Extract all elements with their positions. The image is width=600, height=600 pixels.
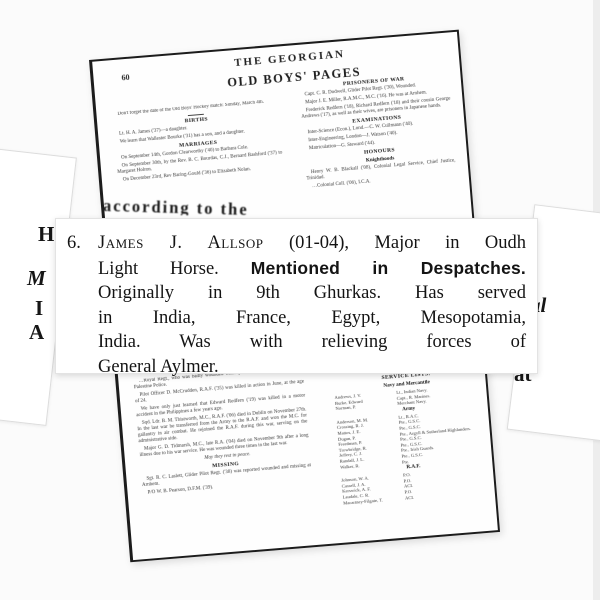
excerpt-line: Originally in 9th Ghurkas. Has served (98, 281, 526, 306)
divider-rule (188, 113, 204, 115)
cutoff-letter-fragment: H (38, 222, 54, 247)
excerpt-line: Light Horse. Mentioned in Despatches. (98, 256, 526, 282)
column-bottom-left: …Royal Regt., who was badly wounded whil… (133, 366, 312, 500)
magnified-excerpt-card: 6.James J. Allsop (01-04), Major in Oudh… (55, 218, 538, 374)
mentioned-in-despatches-bold: Mentioned in Despatches. (251, 258, 526, 278)
excerpt-line: India. Was with relieving forces of (98, 330, 526, 355)
column-top-left: Don't forget the date of the Old Boys' H… (112, 99, 284, 186)
scan-background: H M I A al at 60 THE GEORGIAN OLD BOYS' … (0, 0, 600, 600)
excerpt-line: 6.James J. Allsop (01-04), Major in Oudh (98, 231, 526, 256)
entry-line2-pre: Light Horse. (98, 259, 251, 279)
excerpt-line: General Aylmer. (98, 355, 526, 380)
cutoff-letter-fragment: A (29, 320, 44, 345)
entry-number: 6. (67, 231, 98, 256)
excerpt-line: in India, France, Egypt, Mesopotamia, (98, 306, 526, 331)
cutoff-letter-fragment: M (27, 266, 46, 291)
entry-line1-rest: (01-04), Major in Oudh (264, 233, 526, 253)
cutoff-letter-fragment: I (35, 296, 43, 321)
column-bottom-right: SERVICE LISTS. Navy and Mercantile Andre… (333, 367, 489, 506)
entry-name: James J. Allsop (98, 233, 264, 253)
column-top-right: PRISONERS OF WAR Capt. C. R. Dodwell, Gl… (299, 73, 457, 193)
